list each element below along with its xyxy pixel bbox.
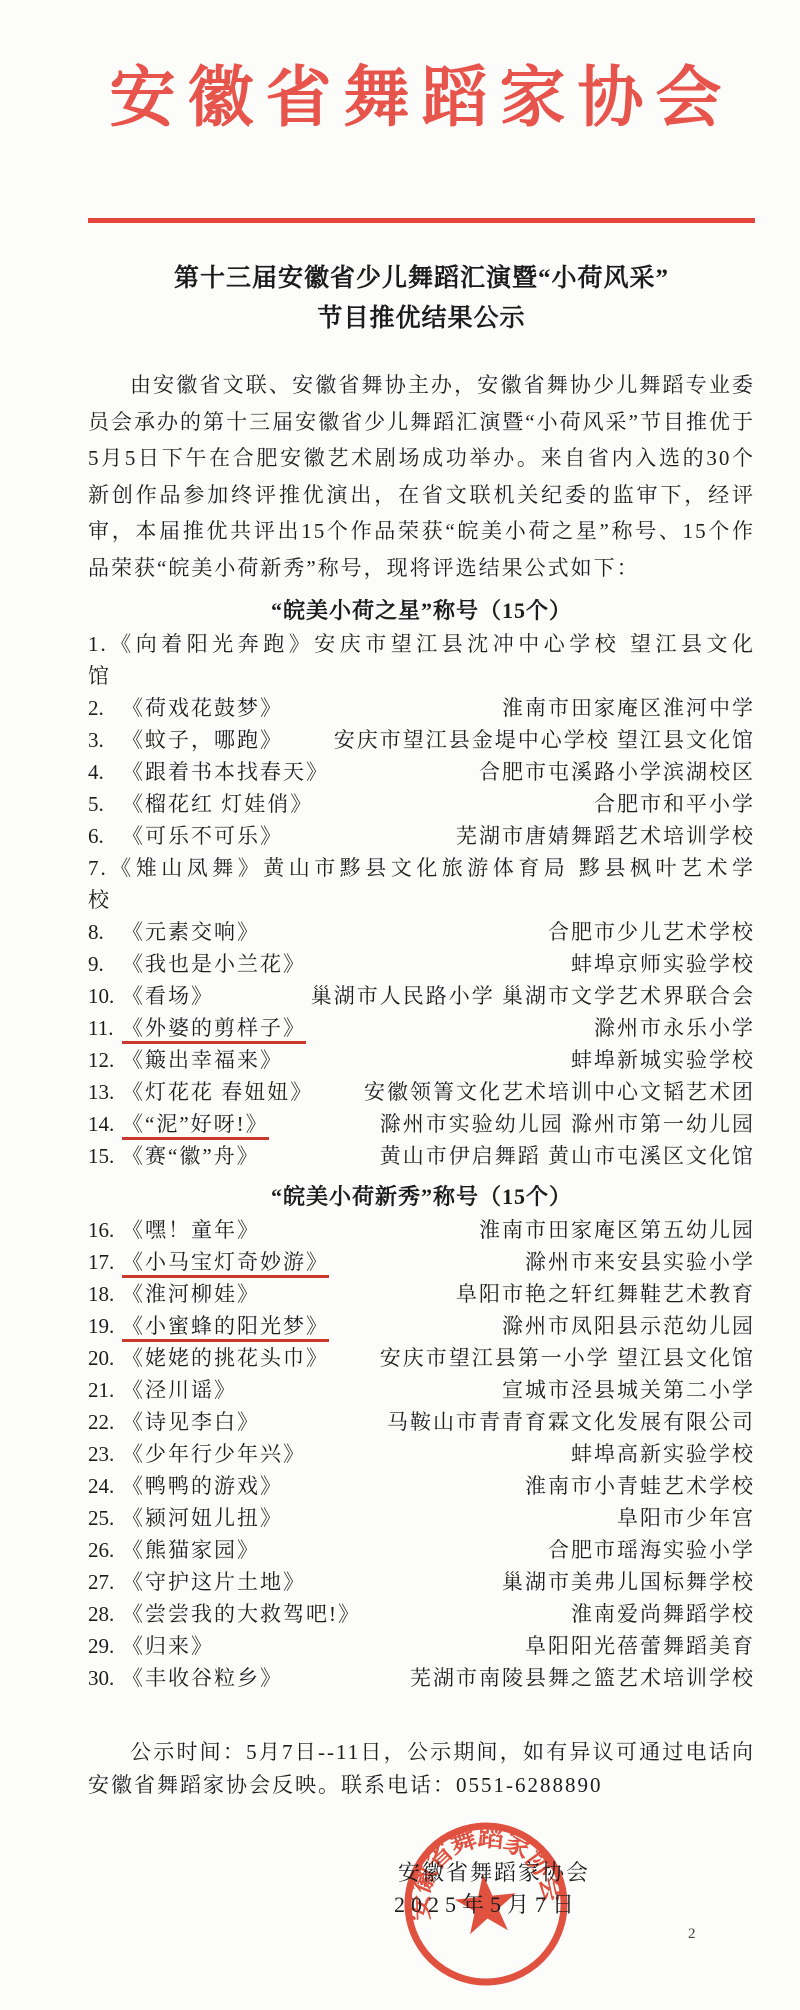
item-title: 《榴花红 灯娃俏》 [122,792,313,816]
item-title: 《丰收谷粒乡》 [122,1666,283,1690]
item-number: 29. [88,1630,122,1662]
item-title: 《泾川谣》 [122,1378,237,1402]
item-organization: 巢湖市美弗儿国标舞学校 [502,1566,755,1598]
item-organization: 安庆市望江县第一小学 望江县文化馆 [380,1342,755,1374]
item-title-group: 27.《守护这片土地》 [88,1566,306,1598]
item-title-group: 6.《可乐不可乐》 [88,820,283,852]
item-title-group: 19.《小蜜蜂的阳光梦》 [88,1310,329,1342]
item-title-group: 11.《外婆的剪样子》 [88,1012,306,1044]
list-item: 10.《看场》巢湖市人民路小学 巢湖市文学艺术界联合会 [88,980,755,1012]
list-item-line: 7.《雉山凤舞》黄山市黟县文化旅游体育局 黟县枫叶艺术学 [88,852,755,884]
item-number: 9. [88,948,122,980]
list-item: 25.《颍河妞儿扭》阜阳市少年宫 [88,1502,755,1534]
item-number: 4. [88,756,122,788]
item-number: 3. [88,724,122,756]
item-number: 11. [88,1012,122,1044]
list-item: 11.《外婆的剪样子》滁州市永乐小学 [88,1012,755,1044]
letterhead-divider [88,218,755,223]
item-title: 《赛“徽”舟》 [122,1144,260,1168]
item-title-group: 24.《鸭鸭的游戏》 [88,1470,283,1502]
item-organization: 合肥市少儿艺术学校 [548,916,755,948]
list-item: 15.《赛“徽”舟》黄山市伊启舞蹈 黄山市屯溪区文化馆 [88,1140,755,1172]
list-item: 22.《诗见李白》马鞍山市青青育霖文化发展有限公司 [88,1406,755,1438]
item-title: 《元素交响》 [122,920,260,944]
item-number: 12. [88,1044,122,1076]
intro-paragraph: 由安徽省文联、安徽省舞协主办，安徽省舞协少儿舞蹈专业委员会承办的第十三届安徽省少… [88,367,755,586]
item-title-group: 16.《嘿！童年》 [88,1214,260,1246]
item-organization: 淮南市小青蛙艺术学校 [525,1470,755,1502]
item-title-group: 12.《簸出幸福来》 [88,1044,283,1076]
item-title: 《荷戏花鼓梦》 [122,696,283,720]
item-organization: 马鞍山市青青育霖文化发展有限公司 [387,1406,755,1438]
item-number: 22. [88,1406,122,1438]
item-organization: 阜阳阳光蓓蕾舞蹈美育 [525,1630,755,1662]
notice-paragraph: 公示时间：5月7日--11日，公示期间，如有异议可通过电话向安徽省舞蹈家协会反映… [88,1736,755,1802]
signature-date: 2025年5月7日 [394,1888,580,1919]
item-title: 《归来》 [122,1634,214,1658]
item-organization: 安徽领箐文化艺术培训中心文韬艺术团 [364,1076,755,1108]
list-item: 27.《守护这片土地》巢湖市美弗儿国标舞学校 [88,1566,755,1598]
item-organization: 滁州市实验幼儿园 滁州市第一幼儿园 [380,1108,755,1140]
item-title: 《外婆的剪样子》 [122,1016,306,1044]
item-title: 《熊猫家园》 [122,1538,260,1562]
item-title-group: 26.《熊猫家园》 [88,1534,260,1566]
item-number: 16. [88,1214,122,1246]
item-organization: 合肥市和平小学 [594,788,755,820]
list-item: 17.《小马宝灯奇妙游》滁州市来安县实验小学 [88,1246,755,1278]
list-item: 29.《归来》阜阳阳光蓓蕾舞蹈美育 [88,1630,755,1662]
item-title-group: 28.《尝尝我的大救驾吧!》 [88,1598,361,1630]
item-organization: 阜阳市少年宫 [617,1502,755,1534]
item-organization: 巢湖市人民路小学 巢湖市文学艺术界联合会 [311,980,755,1012]
item-title-group: 14.《“泥”好呀!》 [88,1108,269,1140]
item-number: 2. [88,692,122,724]
item-organization: 淮南市田家庵区淮河中学 [502,692,755,724]
item-number: 26. [88,1534,122,1566]
document-title-line2: 节目推优结果公示 [88,299,755,339]
item-organization: 淮南爱尚舞蹈学校 [571,1598,755,1630]
item-organization: 滁州市永乐小学 [594,1012,755,1044]
item-title: 《灯花花 春妞妞》 [122,1080,313,1104]
section-heading-1: “皖美小荷之星”称号（15个） [88,594,755,628]
item-title-group: 8.《元素交响》 [88,916,260,948]
item-title-group: 22.《诗见李白》 [88,1406,260,1438]
item-title: 《淮河柳娃》 [122,1282,260,1306]
item-organization: 淮南市田家庵区第五幼儿园 [479,1214,755,1246]
item-title: 《鸭鸭的游戏》 [122,1474,283,1498]
list-item: 24.《鸭鸭的游戏》淮南市小青蛙艺术学校 [88,1470,755,1502]
item-title: 《看场》 [122,984,214,1008]
item-organization: 合肥市屯溪路小学滨湖校区 [479,756,755,788]
item-organization: 合肥市瑶海实验小学 [548,1534,755,1566]
item-number: 5. [88,788,122,820]
item-number: 28. [88,1598,122,1630]
item-organization: 蚌埠京师实验学校 [571,948,755,980]
item-number: 25. [88,1502,122,1534]
list-item-line: 馆 [88,660,755,692]
item-number: 17. [88,1246,122,1278]
item-title-group: 18.《淮河柳娃》 [88,1278,260,1310]
document-title-line1: 第十三届安徽省少儿舞蹈汇演暨“小荷风采” [88,259,755,299]
letterhead-org-name: 安徽省舞蹈家协会 [88,48,755,150]
list-item: 26.《熊猫家园》合肥市瑶海实验小学 [88,1534,755,1566]
list-item: 5.《榴花红 灯娃俏》合肥市和平小学 [88,788,755,820]
item-title-group: 21.《泾川谣》 [88,1374,237,1406]
list-item: 7.《雉山凤舞》黄山市黟县文化旅游体育局 黟县枫叶艺术学校 [88,852,755,916]
item-title: 《簸出幸福来》 [122,1048,283,1072]
list-item-line: 1.《向着阳光奔跑》安庆市望江县沈冲中心学校 望江县文化 [88,628,755,660]
list-item: 21.《泾川谣》宣城市泾县城关第二小学 [88,1374,755,1406]
item-title: 《姥姥的挑花头巾》 [122,1346,329,1370]
list-item: 2.《荷戏花鼓梦》淮南市田家庵区淮河中学 [88,692,755,724]
item-title-group: 15.《赛“徽”舟》 [88,1140,260,1172]
list-item: 9.《我也是小兰花》蚌埠京师实验学校 [88,948,755,980]
item-number: 19. [88,1310,122,1342]
item-organization: 芜湖市唐婧舞蹈艺术培训学校 [456,820,755,852]
item-title: 《小马宝灯奇妙游》 [122,1250,329,1278]
item-title: 《可乐不可乐》 [122,824,283,848]
item-title-group: 10.《看场》 [88,980,214,1012]
item-title: 《跟着书本找春天》 [122,760,329,784]
list-item: 13.《灯花花 春妞妞》安徽领箐文化艺术培训中心文韬艺术团 [88,1076,755,1108]
section-heading-2: “皖美小荷新秀”称号（15个） [88,1180,755,1214]
item-title: 《嘿！童年》 [122,1218,260,1242]
item-title: 《蚊子，哪跑》 [122,728,283,752]
item-title-group: 17.《小马宝灯奇妙游》 [88,1246,329,1278]
item-title: 《少年行少年兴》 [122,1442,306,1466]
item-number: 18. [88,1278,122,1310]
item-title-group: 20.《姥姥的挑花头巾》 [88,1342,329,1374]
list-item: 14.《“泥”好呀!》滁州市实验幼儿园 滁州市第一幼儿园 [88,1108,755,1140]
item-organization: 滁州市来安县实验小学 [525,1246,755,1278]
item-number: 6. [88,820,122,852]
item-title: 《颍河妞儿扭》 [122,1506,283,1530]
list-item: 16.《嘿！童年》淮南市田家庵区第五幼儿园 [88,1214,755,1246]
list-item: 4.《跟着书本找春天》合肥市屯溪路小学滨湖校区 [88,756,755,788]
item-number: 15. [88,1140,122,1172]
item-organization: 安庆市望江县金堤中心学校 望江县文化馆 [334,724,755,756]
list-item: 28.《尝尝我的大救驾吧!》淮南爱尚舞蹈学校 [88,1598,755,1630]
item-title-group: 3.《蚊子，哪跑》 [88,724,283,756]
list-item: 30.《丰收谷粒乡》芜湖市南陵县舞之篮艺术培训学校 [88,1662,755,1694]
item-number: 23. [88,1438,122,1470]
item-title-group: 13.《灯花花 春妞妞》 [88,1076,313,1108]
item-title: 《尝尝我的大救驾吧!》 [122,1602,361,1626]
item-title-group: 9.《我也是小兰花》 [88,948,306,980]
item-number: 13. [88,1076,122,1108]
item-number: 20. [88,1342,122,1374]
item-title-group: 30.《丰收谷粒乡》 [88,1662,283,1694]
page-number: 2 [688,1926,696,1943]
item-organization: 阜阳市艳之轩红舞鞋艺术教育 [456,1278,755,1310]
item-number: 27. [88,1566,122,1598]
item-organization: 滁州市凤阳县示范幼儿园 [502,1310,755,1342]
item-title-group: 2.《荷戏花鼓梦》 [88,692,283,724]
item-organization: 黄山市伊启舞蹈 黄山市屯溪区文化馆 [380,1140,755,1172]
item-number: 8. [88,916,122,948]
list-item: 1.《向着阳光奔跑》安庆市望江县沈冲中心学校 望江县文化馆 [88,628,755,692]
item-title-group: 25.《颍河妞儿扭》 [88,1502,283,1534]
document-page: 安徽省舞蹈家协会 第十三届安徽省少儿舞蹈汇演暨“小荷风采” 节目推优结果公示 由… [0,0,800,2010]
item-organization: 宣城市泾县城关第二小学 [502,1374,755,1406]
item-title: 《诗见李白》 [122,1410,260,1434]
signature-org: 安徽省舞蹈家协会 [398,1856,590,1887]
item-number: 24. [88,1470,122,1502]
list-item: 20.《姥姥的挑花头巾》安庆市望江县第一小学 望江县文化馆 [88,1342,755,1374]
list-item-line: 校 [88,884,755,916]
result-sections: “皖美小荷之星”称号（15个）1.《向着阳光奔跑》安庆市望江县沈冲中心学校 望江… [88,594,755,1694]
list-item: 3.《蚊子，哪跑》安庆市望江县金堤中心学校 望江县文化馆 [88,724,755,756]
list-item: 18.《淮河柳娃》阜阳市艳之轩红舞鞋艺术教育 [88,1278,755,1310]
item-organization: 蚌埠新城实验学校 [571,1044,755,1076]
item-title-group: 29.《归来》 [88,1630,214,1662]
item-title-group: 5.《榴花红 灯娃俏》 [88,788,313,820]
item-title: 《“泥”好呀!》 [122,1112,269,1140]
item-number: 10. [88,980,122,1012]
item-organization: 蚌埠高新实验学校 [571,1438,755,1470]
list-item: 19.《小蜜蜂的阳光梦》滁州市凤阳县示范幼儿园 [88,1310,755,1342]
list-item: 23.《少年行少年兴》蚌埠高新实验学校 [88,1438,755,1470]
item-title-group: 4.《跟着书本找春天》 [88,756,329,788]
document-title: 第十三届安徽省少儿舞蹈汇演暨“小荷风采” 节目推优结果公示 [88,259,755,339]
item-number: 14. [88,1108,122,1140]
item-title: 《小蜜蜂的阳光梦》 [122,1314,329,1342]
list-item: 8.《元素交响》合肥市少儿艺术学校 [88,916,755,948]
list-item: 6.《可乐不可乐》芜湖市唐婧舞蹈艺术培训学校 [88,820,755,852]
item-organization: 芜湖市南陵县舞之篮艺术培训学校 [410,1662,755,1694]
item-title-group: 23.《少年行少年兴》 [88,1438,306,1470]
item-title: 《守护这片土地》 [122,1570,306,1594]
item-title: 《我也是小兰花》 [122,952,306,976]
item-number: 21. [88,1374,122,1406]
list-item: 12.《簸出幸福来》蚌埠新城实验学校 [88,1044,755,1076]
item-number: 30. [88,1662,122,1694]
